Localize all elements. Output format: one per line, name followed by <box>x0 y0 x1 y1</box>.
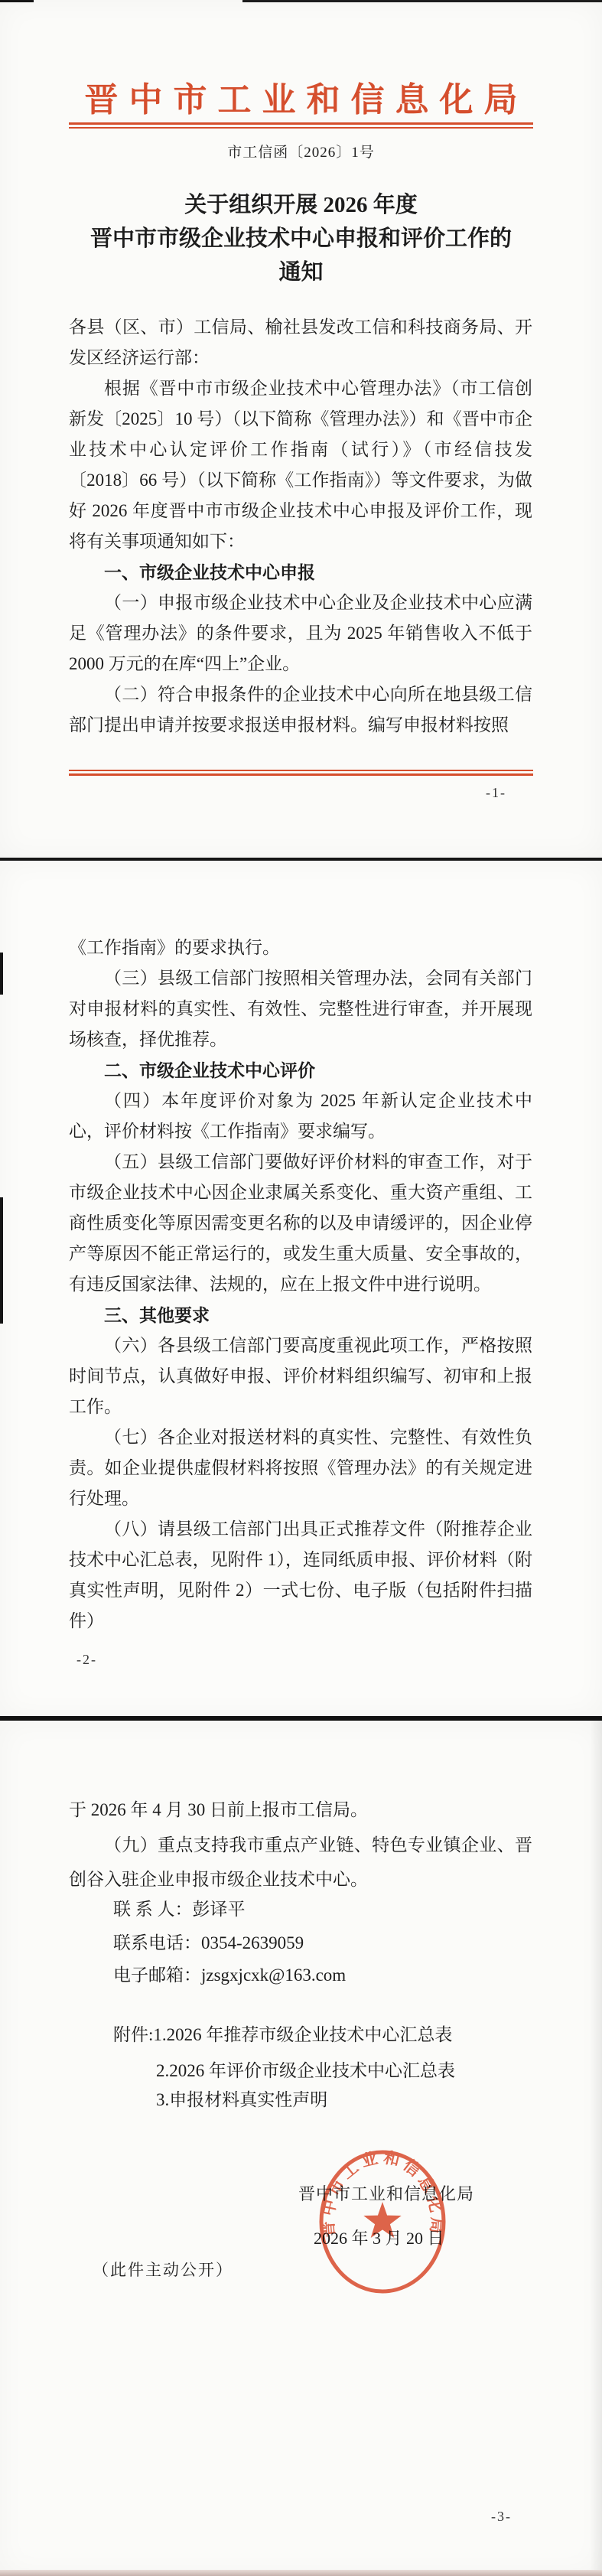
scan-artifact <box>0 1197 3 1324</box>
page-number-1: -1- <box>486 785 506 801</box>
paragraph-3: （三）县级工信部门按照相关管理办法，会同有关部门对申报材料的真实性、有效性、完整… <box>69 963 532 1055</box>
contact-email: 电子邮箱：jzsgxjcxk@163.com <box>113 1961 346 1986</box>
page-2-body: 《工作指南》的要求执行。 （三）县级工信部门按照相关管理办法，会同有关部门对申报… <box>69 933 532 1636</box>
document-title-line-3: 通知 <box>31 256 571 289</box>
page-2: 《工作指南》的要求执行。 （三）县级工信部门按照相关管理办法，会同有关部门对申报… <box>0 858 602 1716</box>
paragraph-2: （二）符合申报条件的企业技术中心向所在地县级工信部门提出申请并按要求报送申报材料… <box>69 679 532 741</box>
paragraph-4: （四）本年度评价对象为 2025 年新认定企业技术中心，评价材料按《工作指南》要… <box>69 1086 532 1147</box>
page-1-body: 各县（区、市）工信局、榆社县发改工信和科技商务局、开发区经济运行部： 根据《晋中… <box>69 312 532 741</box>
attachments-label: 附件: <box>113 2025 153 2044</box>
section-3-heading: 三、其他要求 <box>69 1300 532 1330</box>
scanned-official-notice: 晋中市工业和信息化局 市工信函〔2026〕1号 关于组织开展 2026 年度 晋… <box>0 0 602 2576</box>
paragraph-9: （九）重点支持我市重点产业链、特色专业镇企业、晋创谷入驻企业申报市级企业技术中心… <box>69 1828 532 1897</box>
page-number-3: -3- <box>491 2509 512 2525</box>
paragraph-1: （一）申报市级企业技术中心企业及企业技术中心应满足《管理办法》的条件要求，且为 … <box>69 588 532 679</box>
footer-divider-line <box>69 770 533 776</box>
attachment-item-3: 3.申报材料真实性声明 <box>156 2086 327 2111</box>
public-disclosure-note: （此件主动公开） <box>93 2258 233 2281</box>
attachments-block: 附件:1.2026 年推荐市级企业技术中心汇总表 <box>113 2021 452 2046</box>
document-number: 市工信函〔2026〕1号 <box>0 141 602 161</box>
section-2-heading: 二、市级企业技术中心评价 <box>69 1055 532 1086</box>
paragraph-8-continued: 于 2026 年 4 月 30 日前上报市工信局。 <box>69 1795 532 1825</box>
contact-name: 联 系 人：彭译平 <box>113 1895 246 1920</box>
page-1: 晋中市工业和信息化局 市工信函〔2026〕1号 关于组织开展 2026 年度 晋… <box>0 0 602 858</box>
letterhead-divider-line <box>69 122 533 129</box>
paragraph-6: （六）各县级工信部门要高度重视此项工作，严格按照时间节点，认真做好申报、评价材料… <box>69 1330 532 1422</box>
document-title: 关于组织开展 2026 年度 晋中市市级企业技术中心申报和评价工作的 通知 <box>31 188 571 289</box>
scan-artifact <box>242 0 602 2</box>
attachment-item-2: 2.2026 年评价市级企业技术中心汇总表 <box>156 2057 455 2082</box>
page-number-2: -2- <box>76 1652 97 1668</box>
paragraph-7: （七）各企业对报送材料的真实性、完整性、有效性负责。如企业提供虚假材料将按照《管… <box>69 1422 532 1514</box>
official-seal: 晋中市工业和信息化局 <box>316 2147 449 2297</box>
document-title-line-2: 晋中市市级企业技术中心申报和评价工作的 <box>31 222 571 256</box>
issuer-letterhead: 晋中市工业和信息化局 <box>0 72 602 121</box>
paragraph-2-continued: 《工作指南》的要求执行。 <box>69 933 532 963</box>
seal-star-icon <box>363 2202 401 2238</box>
section-1-heading: 一、市级企业技术中心申报 <box>69 557 532 588</box>
page-3: 于 2026 年 4 月 30 日前上报市工信局。 （九）重点支持我市重点产业链… <box>0 1716 602 2576</box>
contact-phone: 联系电话：0354-2639059 <box>113 1929 304 1954</box>
scan-bottom-edge <box>0 2570 602 2576</box>
attachment-item-1: 1.2026 年推荐市级企业技术中心汇总表 <box>153 2025 452 2044</box>
paragraph-8: （八）请县级工信部门出具正式推荐文件（附推荐企业技术中心汇总表，见附件 1），连… <box>69 1514 532 1636</box>
scan-artifact <box>0 0 34 2</box>
document-title-line-1: 关于组织开展 2026 年度 <box>31 188 571 222</box>
paragraph-5: （五）县级工信部门要做好评价材料的审查工作，对于市级企业技术中心因企业隶属关系变… <box>69 1147 532 1300</box>
scan-artifact <box>0 953 3 995</box>
scan-edge-shadow <box>590 1721 602 2576</box>
salutation: 各县（区、市）工信局、榆社县发改工信和科技商务局、开发区经济运行部： <box>69 312 532 373</box>
paragraph-intro: 根据《晋中市市级企业技术中心管理办法》（市工信创新发〔2025〕10 号）（以下… <box>69 373 532 557</box>
